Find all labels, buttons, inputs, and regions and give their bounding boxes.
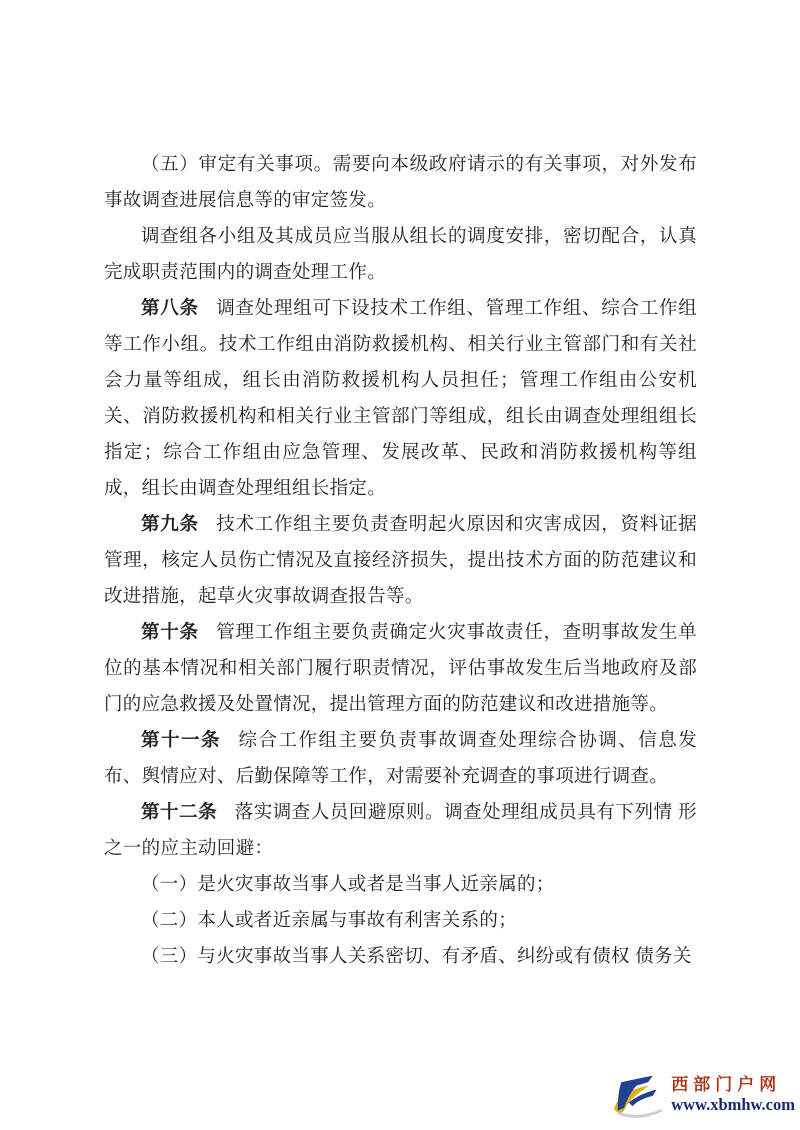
list-item: （三）与火灾事故当事人关系密切、有矛盾、纠纷或有债权 债务关 — [104, 938, 697, 974]
paragraph: 调查组各小组及其成员应当服从组长的调度安排，密切配合，认真完成职责范围内的调查处… — [104, 218, 697, 290]
article-number: 第十二条 — [141, 801, 217, 822]
paragraph-text: 调查处理组可下设技术工作组、管理工作组、综合工作组等工作小组。技术工作组由消防救… — [104, 297, 697, 498]
site-watermark-text: 西部门户网 www.xbmhw.com — [671, 1075, 795, 1115]
paragraph-text: （二）本人或者近亲属与事故有利害关系的； — [141, 909, 517, 930]
article-number: 第八条 — [141, 297, 199, 318]
paragraph: （五）审定有关事项。需要向本级政府请示的有关事项，对外发布事故调查进展信息等的审… — [104, 146, 697, 218]
document-body: （五）审定有关事项。需要向本级政府请示的有关事项，对外发布事故调查进展信息等的审… — [104, 146, 697, 974]
paragraph: 第九条技术工作组主要负责查明起火原因和灾害成因，资料证据管理，核定人员伤亡情况及… — [104, 506, 697, 614]
paragraph-text: （一）是火灾事故当事人或者是当事人近亲属的； — [141, 873, 555, 894]
list-item: （二）本人或者近亲属与事故有利害关系的； — [104, 902, 697, 938]
xbmhw-logo-icon — [610, 1071, 666, 1119]
paragraph: 第十一条综合工作组主要负责事故调查处理综合协调、信息发布、舆情应对、后勤保障等工… — [104, 722, 697, 794]
paragraph-text: （五）审定有关事项。需要向本级政府请示的有关事项，对外发布事故调查进展信息等的审… — [104, 153, 697, 210]
paragraph-text: （三）与火灾事故当事人关系密切、有矛盾、纠纷或有债权 债务关 — [141, 945, 692, 966]
paragraph-text: 调查组各小组及其成员应当服从组长的调度安排，密切配合，认真完成职责范围内的调查处… — [104, 225, 697, 282]
site-watermark: 西部门户网 www.xbmhw.com — [610, 1071, 795, 1119]
paragraph: 第十二条落实调查人员回避原则。调查处理组成员具有下列情 形之一的应主动回避： — [104, 794, 697, 866]
article-number: 第九条 — [141, 513, 199, 534]
document-page: （五）审定有关事项。需要向本级政府请示的有关事项，对外发布事故调查进展信息等的审… — [0, 0, 800, 1130]
site-url: www.xbmhw.com — [671, 1095, 795, 1115]
paragraph: 第八条调查处理组可下设技术工作组、管理工作组、综合工作组等工作小组。技术工作组由… — [104, 290, 697, 506]
site-name: 西部门户网 — [671, 1075, 781, 1095]
list-item: （一）是火灾事故当事人或者是当事人近亲属的； — [104, 866, 697, 902]
article-number: 第十一条 — [141, 729, 221, 750]
article-number: 第十条 — [141, 621, 199, 642]
paragraph: 第十条管理工作组主要负责确定火灾事故责任，查明事故发生单位的基本情况和相关部门履… — [104, 614, 697, 722]
